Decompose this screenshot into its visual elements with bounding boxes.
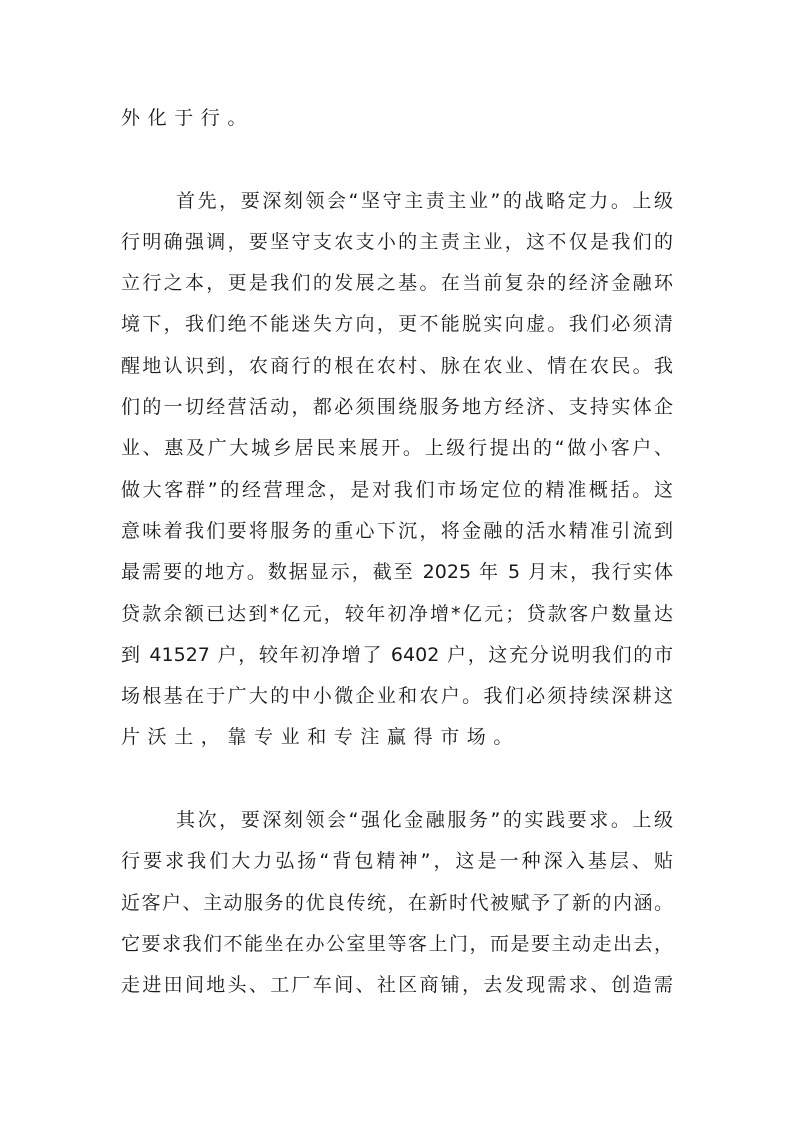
text-line: 片沃土，靠专业和专注赢得市场。 [121,717,673,758]
document-page: 外化于行。 首先，要深刻领会“坚守主责主业”的战略定力。上级 行明确强调，要坚守… [0,0,793,1122]
text-line: 走进田间地头、工厂车间、社区商铺，去发现需求、创造需 [121,965,673,1006]
text-line-with-customer-count: 到 41527 户，较年初净增了 6402 户，这充分说明我们的市 [121,635,673,676]
document-body: 外化于行。 首先，要深刻领会“坚守主责主业”的战略定力。上级 行明确强调，要坚守… [121,98,673,1007]
text-line: 外化于行。 [121,98,673,139]
text-line: 做大客群”的经营理念，是对我们市场定位的精准概括。这 [121,470,673,511]
text-line: 首先，要深刻领会“坚守主责主业”的战略定力。上级 [121,181,673,222]
paragraph-strategic-focus: 首先，要深刻领会“坚守主责主业”的战略定力。上级 行明确强调，要坚守支农支小的主… [121,181,673,759]
text-line: 业、惠及广大城乡居民来展开。上级行提出的“做小客户、 [121,428,673,469]
text-line: 立行之本，更是我们的发展之基。在当前复杂的经济金融环 [121,263,673,304]
paragraph-continuation: 外化于行。 [121,98,673,139]
text-line: 境下，我们绝不能迷失方向，更不能脱实向虚。我们必须清 [121,304,673,345]
text-line: 行要求我们大力弘扬“背包精神”，这是一种深入基层、贴 [121,841,673,882]
text-line: 它要求我们不能坐在办公室里等客上门，而是要主动走出去， [121,924,673,965]
text-line: 其次，要深刻领会“强化金融服务”的实践要求。上级 [121,800,673,841]
text-line-with-loan-balance: 贷款余额已达到*亿元，较年初净增*亿元；贷款客户数量达 [121,594,673,635]
text-line: 们的一切经营活动，都必须围绕服务地方经济、支持实体企 [121,387,673,428]
paragraph-financial-service: 其次，要深刻领会“强化金融服务”的实践要求。上级 行要求我们大力弘扬“背包精神”… [121,800,673,1006]
text-line: 意味着我们要将服务的重心下沉，将金融的活水精准引流到 [121,511,673,552]
text-line: 近客户、主动服务的优良传统，在新时代被赋予了新的内涵。 [121,883,673,924]
text-line: 行明确强调，要坚守支农支小的主责主业，这不仅是我们的 [121,222,673,263]
text-line: 场根基在于广大的中小微企业和农户。我们必须持续深耕这 [121,676,673,717]
text-line-with-date: 最需要的地方。数据显示，截至 2025 年 5 月末，我行实体 [121,552,673,593]
text-line: 醒地认识到，农商行的根在农村、脉在农业、情在农民。我 [121,346,673,387]
